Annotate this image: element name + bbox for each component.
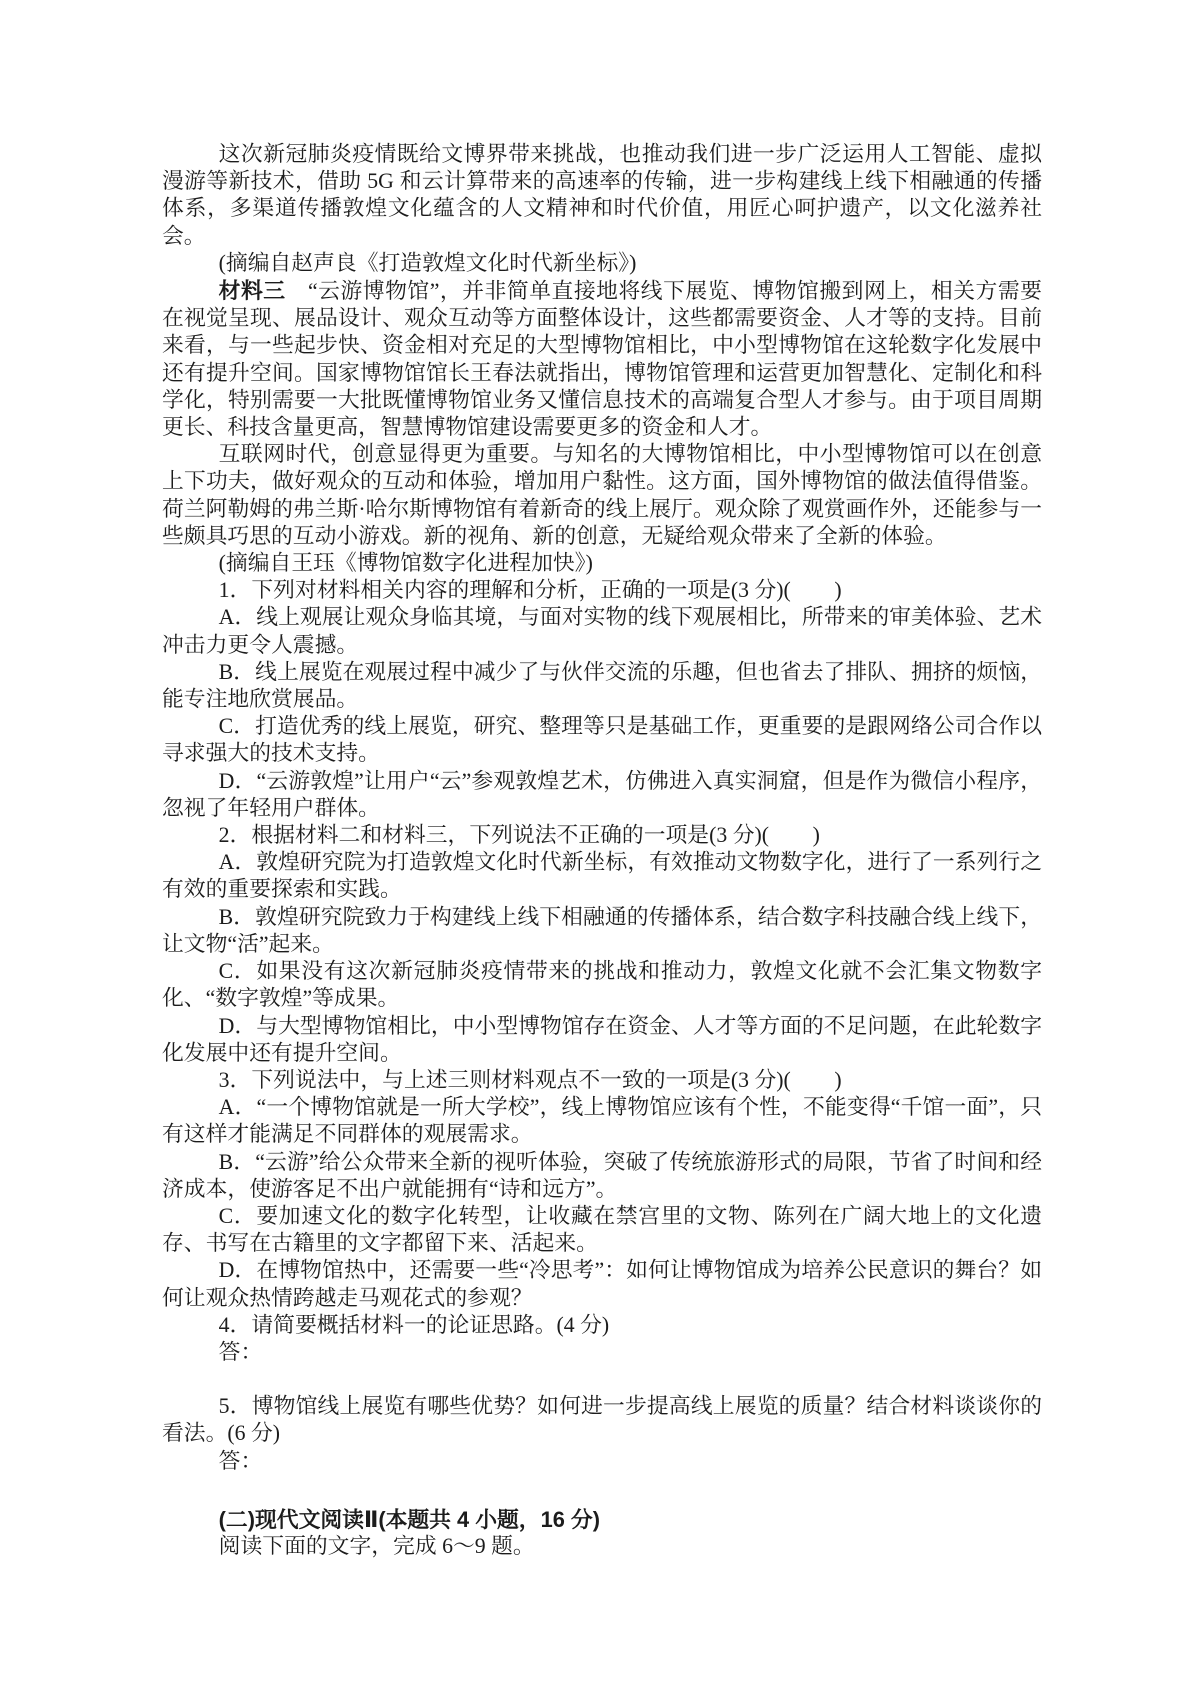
question-3-option-a: A．“一个博物馆就是一所大学校”，线上博物馆应该有个性，不能变得“千馆一面”，只… — [162, 1094, 1042, 1148]
material-two-closing-paragraph: 这次新冠肺炎疫情既给文博界带来挑战，也推动我们进一步广泛运用人工智能、虚拟漫游等… — [162, 141, 1042, 250]
question-2-option-c: C．如果没有这次新冠肺炎疫情带来的挑战和推动力，敦煌文化就不会汇集文物数字化、“… — [162, 958, 1042, 1012]
material-three-paragraph-2: 互联网时代，创意显得更为重要。与知名的大博物馆相比，中小型博物馆可以在创意上下功… — [162, 441, 1042, 550]
question-1-option-b: B．线上展览在观展过程中减少了与伙伴交流的乐趣，但也省去了排队、拥挤的烦恼，能专… — [162, 659, 1042, 713]
question-1-option-c: C．打造优秀的线上展览，研究、整理等只是基础工作，更重要的是跟网络公司合作以寻求… — [162, 713, 1042, 767]
section-2-instruction: 阅读下面的文字，完成 6～9 题。 — [162, 1533, 1042, 1560]
question-5-stem: 5．博物馆线上展览有哪些优势？如何进一步提高线上展览的质量？结合材料谈谈你的看法… — [162, 1393, 1042, 1447]
document-body: 这次新冠肺炎疫情既给文博界带来挑战，也推动我们进一步广泛运用人工智能、虚拟漫游等… — [162, 141, 1042, 1560]
material-two-source-citation: (摘编自赵声良《打造敦煌文化时代新坐标》) — [162, 250, 1042, 277]
question-2-stem: 2．根据材料二和材料三，下列说法不正确的一项是(3 分)( ) — [162, 822, 1042, 849]
exam-page: 这次新冠肺炎疫情既给文博界带来挑战，也推动我们进一步广泛运用人工智能、虚拟漫游等… — [0, 0, 1200, 1698]
question-1-option-a: A．线上观展让观众身临其境，与面对实物的线下观展相比，所带来的审美体验、艺术冲击… — [162, 604, 1042, 658]
question-3-option-d: D．在博物馆热中，还需要一些“冷思考”：如何让博物馆成为培养公民意识的舞台？如何… — [162, 1257, 1042, 1311]
material-three-label: 材料三 — [219, 278, 286, 303]
question-2-option-a: A．敦煌研究院为打造敦煌文化时代新坐标，有效推动文物数字化，进行了一系列行之有效… — [162, 849, 1042, 903]
question-4-answer-label: 答： — [162, 1339, 1042, 1366]
question-3-option-b: B．“云游”给公众带来全新的视听体验，突破了传统旅游形式的局限，节省了时间和经济… — [162, 1149, 1042, 1203]
material-three-source-citation: (摘编自王珏《博物馆数字化进程加快》) — [162, 550, 1042, 577]
material-three-paragraph: 材料三 “云游博物馆”，并非简单直接地将线下展览、博物馆搬到网上，相关方需要在视… — [162, 277, 1042, 441]
question-4-stem: 4．请简要概括材料一的论证思路。(4 分) — [162, 1312, 1042, 1339]
question-2-option-d: D．与大型博物馆相比，中小型博物馆存在资金、人才等方面的不足问题，在此轮数字化发… — [162, 1013, 1042, 1067]
question-2-option-b: B．敦煌研究院致力于构建线上线下相融通的传播体系，结合数字科技融合线上线下，让文… — [162, 904, 1042, 958]
section-2-heading: (二)现代文阅读Ⅱ(本题共 4 小题，16 分) — [162, 1506, 1042, 1533]
question-5-answer-label: 答： — [162, 1448, 1042, 1475]
question-1-option-d: D．“云游敦煌”让用户“云”参观敦煌艺术，仿佛进入真实洞窟，但是作为微信小程序，… — [162, 768, 1042, 822]
question-3-stem: 3．下列说法中，与上述三则材料观点不一致的一项是(3 分)( ) — [162, 1067, 1042, 1094]
question-3-option-c: C．要加速文化的数字化转型，让收藏在禁宫里的文物、陈列在广阔大地上的文化遗存、书… — [162, 1203, 1042, 1257]
question-1-stem: 1．下列对材料相关内容的理解和分析，正确的一项是(3 分)( ) — [162, 577, 1042, 604]
material-three-text: “云游博物馆”，并非简单直接地将线下展览、博物馆搬到网上，相关方需要在视觉呈现、… — [162, 279, 1042, 439]
